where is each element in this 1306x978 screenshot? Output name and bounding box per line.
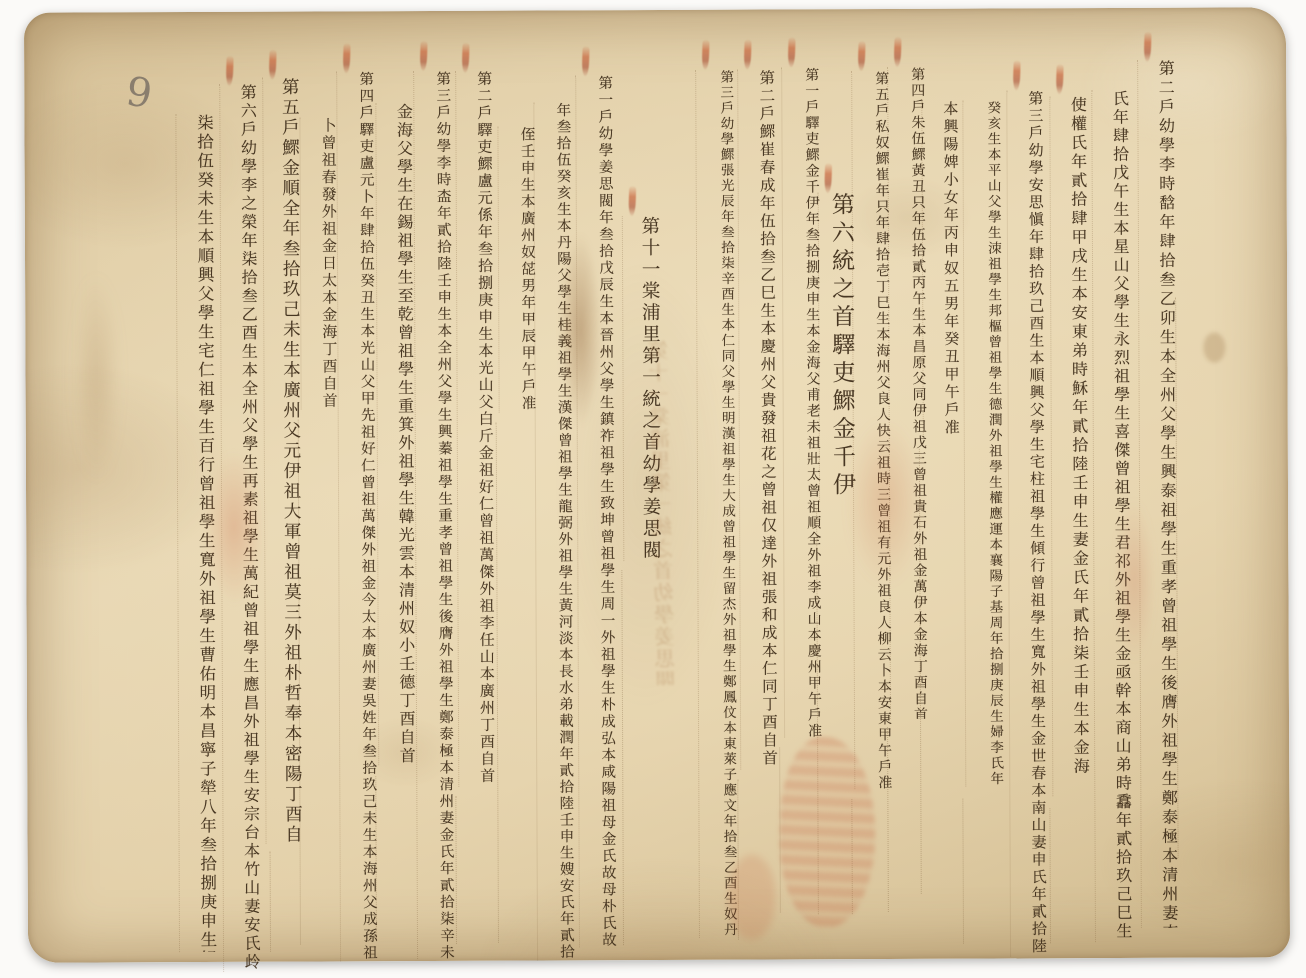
household-column: 第二戶驛吏鰥盧元係年叁拾捌庚申生本光山父白斤金祖好仁曾祖萬傑外祖李任山本廣州丁酉… xyxy=(455,71,498,787)
brown-stain xyxy=(73,272,120,482)
vermilion-check-mark xyxy=(788,37,796,67)
column-guide-line xyxy=(1049,808,1051,943)
column-guide-line xyxy=(270,852,271,952)
column-guide-line xyxy=(779,747,781,912)
continuation-column: 金海父學生在錫祖學生至乾曾祖學生重箕外祖學生韓光雲本清州奴小壬德丁酉自首 xyxy=(375,103,418,765)
photo-background: 第二戶幼學李時馠年肆拾叁乙卯生本全州父學生興泰祖學生重孝曾祖學生後膺外祖學生鄭泰… xyxy=(0,0,1306,978)
continuation-column: 使權氏年貳拾肆甲戌生本安東弟時穌年貳拾陸壬申生妻金氏年貳拾柒壬申生本金海 xyxy=(1049,96,1092,796)
vermilion-check-mark xyxy=(226,56,234,86)
column-guide-line xyxy=(455,796,457,944)
tong-header-column: 第六統之首驛吏鰥金千伊 xyxy=(818,192,859,502)
vermilion-check-mark xyxy=(894,37,902,67)
vermilion-check-mark xyxy=(1144,32,1152,62)
column-guide-line xyxy=(737,780,739,940)
manuscript-paper: 第二戶幼學李時馠年肆拾叁乙卯生本全州父學生興泰祖學生重孝曾祖學生後膺外祖學生鄭泰… xyxy=(24,7,1290,962)
column-guide-line xyxy=(621,570,624,945)
continuation-column: 氏年肆拾戊午生本星山父學生永烈祖學生喜傑曾祖學生君祁外祖學生金亟幹本商山弟時馫年… xyxy=(1091,90,1135,942)
continuation-column: 卜曾祖春發外祖金日太本金海丁酉自首 xyxy=(299,117,340,409)
brown-spot xyxy=(1203,333,1225,363)
continuation-column: 年叁拾伍癸亥生本丹陽父學生桂義祖學生漢傑曾祖學生龍弼外祖學生黃河淡本長水弟載潤年… xyxy=(533,102,577,960)
household-column: 第三戶幼學李時㭗年貳拾陸壬申生本全州父學生興蓁祖學生重孝曾祖學生後膺外祖學生鄭泰… xyxy=(413,71,457,959)
vermilion-check-mark xyxy=(582,46,590,76)
vermilion-check-mark xyxy=(269,50,277,80)
vermilion-check-mark xyxy=(420,41,428,71)
continuation-column: 柒拾伍癸未生本順興父學生宅仁祖學生百行曾祖學生寬外祖學生曹佑明本昌寧子犖八年叁拾… xyxy=(175,114,219,952)
column-guide-line xyxy=(962,799,964,944)
vermilion-check-mark xyxy=(702,40,710,70)
vermilion-check-mark xyxy=(462,43,470,73)
household-column: 第一戶幼學姜思閥年叁拾戊辰生本晉州父學生鎮祚祖學生致坤曾祖學生周一外祖學生朴成弘… xyxy=(575,75,619,947)
vermilion-check-mark xyxy=(1013,60,1021,90)
household-column: 第二戶幼學李時馠年肆拾叁乙卯生本全州父學生興泰祖學生重孝曾祖學生後膺外祖學生鄭泰… xyxy=(1137,60,1181,928)
vermilion-check-mark xyxy=(628,186,636,216)
household-column: 第四戶驛吏盧元卜年肆拾伍癸丑生本光山父甲先祖好仁曾祖萬傑外祖金今太本廣州妻吳姓年… xyxy=(336,71,380,961)
household-column: 第三戶幼學鰥張光辰年叁拾柒辛酉生本仁同父學生明漢祖學生大成曾祖學生留杰外祖學生鄭… xyxy=(695,70,739,938)
vermilion-check-mark xyxy=(824,163,832,193)
vermilion-check-mark xyxy=(858,41,866,71)
household-column: 第六戶幼學李之榮年柒拾叁乙酉生本全州父學生再素祖學生萬紀曾祖學生應昌外祖學生安宗… xyxy=(219,84,263,972)
household-column: 第二戶鰥崔春成年伍拾叁乙巳生本慶州父貴發祖花之曾祖仅達外祖張和成本仁同丁酉自首 xyxy=(737,69,780,769)
ink-offset-ghost-text: 第十一棠浦里第一統之首幼學姜思閥 xyxy=(644,340,692,686)
column-guide-line xyxy=(851,799,853,914)
pencil-annotation: 9 xyxy=(123,69,155,118)
vermilion-check-mark xyxy=(343,43,351,73)
household-column: 第三戶幼學安思愼年肆拾玖己酉生本順興父學生宅柱祖學生傾行曾祖學生寬外祖學生金世春… xyxy=(1006,90,1050,956)
continuation-column: 侄壬申生本廣州奴㖚男年甲辰甲午戶准 xyxy=(497,127,538,413)
column-guide-line xyxy=(496,423,499,943)
continuation-column: 癸亥生本平山父學生洓祖學生邦樞曾祖學生德潤外祖學生權應運本襄陽子基周年拾捌庚辰生… xyxy=(962,100,1005,786)
vermilion-check-mark xyxy=(1056,64,1064,94)
vermilion-check-mark xyxy=(744,40,752,70)
